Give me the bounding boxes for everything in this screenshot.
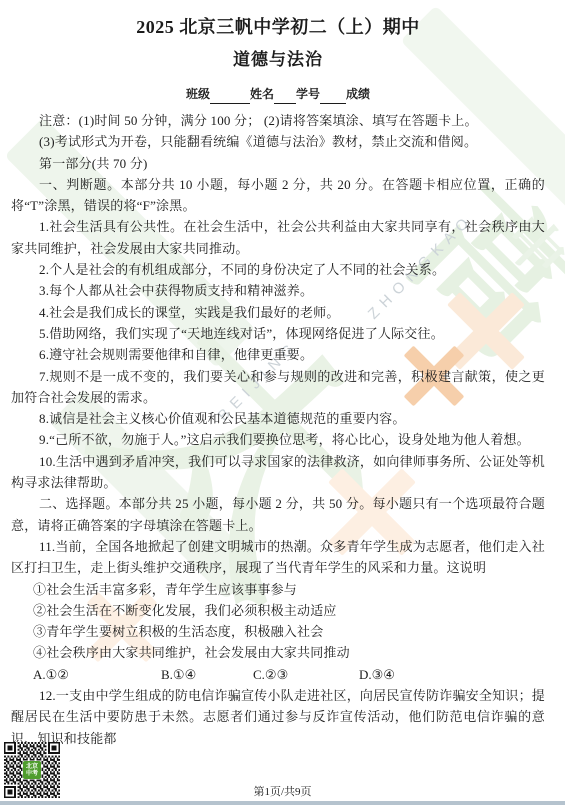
- question-11-options: A.①② B.①④ C.②③ D.③④: [11, 664, 545, 685]
- id-label: 学号: [296, 87, 320, 101]
- exam-subject: 道德与法治: [11, 48, 545, 72]
- exam-title: 2025 北京三帆中学初二（上）期中: [11, 14, 545, 40]
- option-d: D.③④: [359, 664, 395, 685]
- score-label: 成绩: [346, 87, 370, 101]
- option-a: A.①②: [33, 664, 161, 685]
- class-blank-field[interactable]: [210, 90, 250, 104]
- option-c: C.②③: [253, 664, 359, 685]
- judgement-item-9: 9.“己所不欲，勿施于人。”这启示我们要换位思考，将心比心，设身处地为他人着想。: [11, 429, 545, 450]
- judgement-item-1: 1.社会生活具有公共性。在社会生活中，社会公共利益由大家共同享有，社会秩序由大家…: [11, 216, 545, 259]
- judgement-item-7: 7.规则不是一成不变的，我们要关心和参与规则的改进和完善，积极建言献策，使之更加…: [11, 366, 545, 409]
- judgement-item-10: 10.生活中遇到矛盾冲突，我们可以寻求国家的法律救济，如向律师事务所、公证处等机…: [11, 451, 545, 494]
- judgement-item-6: 6.遵守社会规则需要他律和自律，他律更重要。: [11, 344, 545, 365]
- name-label: 姓名: [250, 87, 274, 101]
- question-11-item-1: ①社会生活丰富多彩，青年学生应该事事参与: [11, 579, 545, 600]
- id-blank-field[interactable]: [320, 90, 346, 104]
- part1-heading: 第一部分(共 70 分): [11, 153, 545, 174]
- class-label: 班级: [186, 87, 210, 101]
- option-b: B.①④: [161, 664, 253, 685]
- section1-intro: 一、判断题。本部分共 10 小题，每小题 2 分，共 20 分。在答题卡相应位置…: [11, 174, 545, 217]
- judgement-item-8: 8.诚信是社会主义核心价值观和公民基本道德规范的重要内容。: [11, 408, 545, 429]
- question-12-stem: 12.一支由中学生组成的防电信诈骗宣传小队走进社区，向居民宣传防诈骗安全知识；提…: [11, 685, 545, 749]
- judgement-item-4: 4.社会是我们成长的课堂，实践是我们最好的老师。: [11, 302, 545, 323]
- judgement-item-5: 5.借助网络，我们实现了“天地连线对话”，体现网络促进了人际交往。: [11, 323, 545, 344]
- name-blank-field[interactable]: [274, 90, 296, 104]
- qr-center-logo: 北京 中考: [23, 761, 41, 779]
- section2-intro: 二、选择题。本部分共 25 小题，每小题 2 分，共 50 分。每小题只有一个选…: [11, 493, 545, 536]
- notice-line-2: (3)考试形式为开卷，只能翻看统编《道德与法治》教材，禁止交流和借阅。: [11, 131, 545, 152]
- question-11-item-4: ④社会秩序由大家共同维护，社会发展由大家共同推动: [11, 642, 545, 663]
- page-indicator: 第1页/共9页: [0, 783, 565, 799]
- exam-page: 2025 北京三帆中学初二（上）期中 道德与法治 班级姓名学号成绩 注意：(1)…: [0, 0, 565, 805]
- student-info-row: 班级姓名学号成绩: [11, 84, 545, 104]
- judgement-item-2: 2.个人是社会的有机组成部分，不同的身份决定了人不同的社会关系。: [11, 259, 545, 280]
- question-11-item-3: ③青年学生要树立积极的生活态度，积极融入社会: [11, 621, 545, 642]
- question-11-stem: 11.当前，全国各地掀起了创建文明城市的热潮。众多青年学生成为志愿者，他们走入社…: [11, 536, 545, 579]
- judgement-item-3: 3.每个人都从社会中获得物质支持和精神滋养。: [11, 280, 545, 301]
- question-11-item-2: ②社会生活在不断变化发展，我们必须积极主动适应: [11, 600, 545, 621]
- notice-line-1: 注意：(1)时间 50 分钟，满分 100 分； (2)请将答案填涂、填写在答题…: [11, 110, 545, 131]
- qr-code: 北京 中考: [4, 742, 60, 798]
- viewer-bottom-bar: [0, 801, 565, 805]
